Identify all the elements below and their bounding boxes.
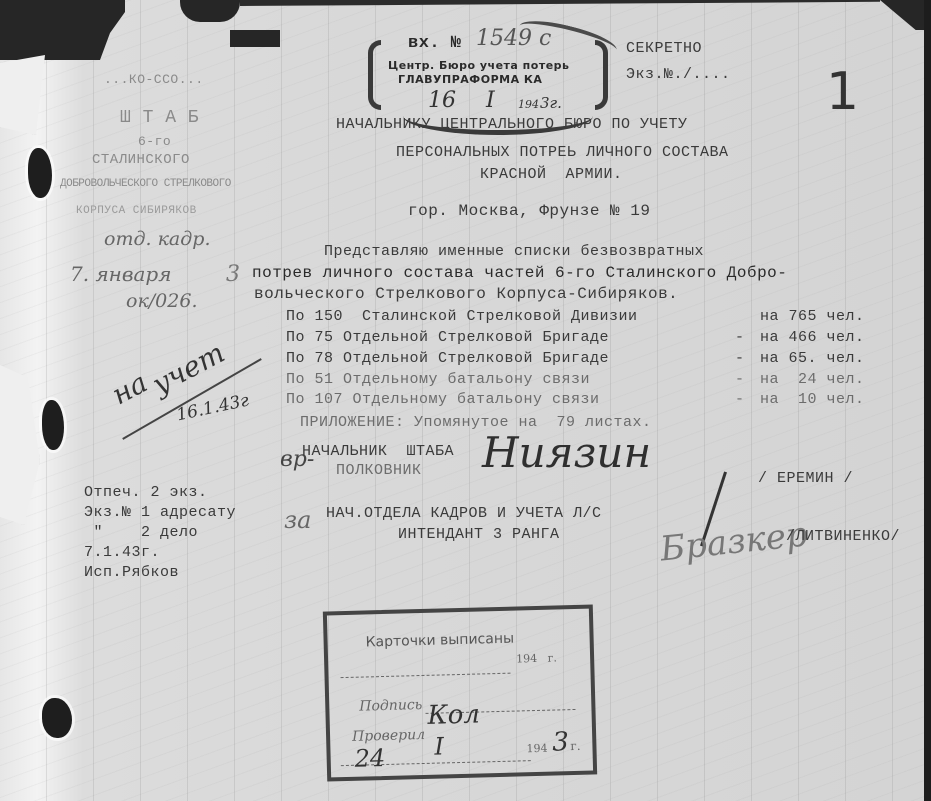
left-stamp-year-handwritten: 3	[226, 262, 240, 287]
left-stamp-line2: Ш Т А Б	[120, 108, 199, 128]
list-item-count: на 24 чел.	[760, 371, 865, 388]
left-stamp-date-handwritten: 7. января	[70, 262, 171, 286]
list-item-dash: -	[735, 350, 745, 367]
incoming-number-label: вх. №	[408, 34, 462, 53]
card-stamp-date-month: I	[434, 732, 444, 760]
list-item-dash: -	[735, 329, 745, 346]
footer-note-line2: Экз.№ 1 адресату	[84, 504, 236, 521]
list-item-count: на 65. чел.	[760, 350, 865, 367]
dept-title-line1: НАЧ.ОТДЕЛА КАДРОВ И УЧЕТА Л/С	[326, 505, 602, 522]
page-number: 1	[826, 62, 859, 122]
margin-note-date: 16.1.43г	[175, 391, 251, 426]
list-item-dash: -	[735, 371, 745, 388]
left-stamp-line6: КОРПУСА СИБИРЯКОВ	[76, 205, 197, 217]
chief-name: / ЕРЕМИН /	[758, 470, 853, 487]
torn-edge-top-left	[0, 0, 125, 60]
scanned-document: вх. № 1549 с Центр. Бюро учета потерь ГЛ…	[0, 0, 931, 801]
card-registration-stamp: Карточки выписаны 194 г. Подпись Провери…	[323, 604, 597, 781]
list-item-unit: По 150 Сталинской Стрелковой Дивизии	[286, 308, 638, 325]
footer-note-line1: Отпеч. 2 экз.	[84, 484, 208, 501]
incoming-number-value: 1549 с	[476, 26, 551, 51]
classification-label: СЕКРЕТНО	[626, 40, 702, 57]
torn-edge-top	[180, 0, 240, 22]
margin-note-line2: учет	[147, 336, 230, 401]
stamp-date-year-suffix: 3г.	[540, 94, 562, 112]
stamp-org-line2: ГЛАВУПРАФОРМА КА	[398, 73, 542, 86]
left-stamp-line3: 6-го	[138, 134, 171, 149]
dept-name: /ЛИТВИНЕНКО/	[786, 528, 900, 545]
footer-note-line4: 7.1.43г.	[84, 544, 160, 561]
dept-prefix-handwritten: за	[284, 506, 311, 534]
torn-flap-top	[0, 55, 45, 135]
copy-number: Экз.№./....	[626, 66, 731, 83]
card-stamp-year1: 194 г.	[516, 651, 557, 665]
stamp-date-month: I	[486, 88, 495, 113]
addressee-line1: НАЧАЛЬНИКУ ЦЕНТРАЛЬНОГО БЮРО ПО УЧЕТУ	[336, 116, 688, 133]
card-stamp-sign-label: Подпись	[359, 697, 422, 715]
list-item-dash: -	[735, 391, 745, 408]
torn-flap-left	[0, 365, 40, 525]
card-stamp-date-day: 24	[354, 744, 385, 773]
card-stamp-year2: 194	[526, 742, 547, 756]
left-stamp-line4: СТАЛИНСКОГО	[92, 152, 190, 168]
addressee-line2: ПЕРСОНАЛЬНЫХ ПОТРЕЬ ЛИЧНОГО СОСТАВА	[396, 144, 729, 161]
card-stamp-check-handwritten: Кол	[427, 699, 480, 730]
torn-edge-top-strip	[240, 0, 880, 6]
card-stamp-year2-handwritten: 3	[552, 727, 569, 757]
stamp-date-year-prefix: 194	[518, 98, 539, 111]
list-item-unit: По 75 Отдельной Стрелковой Бригаде	[286, 329, 609, 346]
addressee-line3: КРАСНОЙ АРМИИ.	[480, 166, 623, 183]
chief-signature: Ниязин	[482, 428, 651, 477]
list-item-unit: По 51 Отдельному батальону связи	[286, 371, 590, 388]
torn-notch	[230, 30, 280, 47]
left-stamp-line1: ...КО-ССО...	[104, 72, 204, 87]
stamp-org-line1: Центр. Бюро учета потерь	[388, 59, 570, 72]
left-stamp-ref-handwritten: ок/026.	[126, 290, 198, 312]
left-stamp-line5: ДОБРОВОЛЬЧЕСКОГО СТРЕЛКОВОГО	[60, 178, 231, 190]
list-item-count: на 466 чел.	[760, 329, 865, 346]
footer-note-line3: " 2 дело	[84, 524, 198, 541]
dept-title-line2: ИНТЕНДАНТ 3 РАНГА	[398, 526, 560, 543]
margin-note-line1: на	[106, 366, 153, 412]
binding-hole-1	[28, 148, 52, 198]
binding-hole-2	[42, 400, 64, 450]
addressee-address: гор. Москва, Фрунзе № 19	[408, 202, 650, 220]
body-intro-line2: потрев личного состава частей 6-го Стали…	[252, 264, 787, 282]
card-stamp-line1	[341, 673, 511, 678]
left-stamp-dept-handwritten: отд. кадр.	[104, 228, 211, 250]
body-intro-line3: вольческого Стрелкового Корпуса-Сибиряко…	[254, 285, 678, 303]
stamp-date-day: 16	[428, 88, 456, 113]
stamp-bracket-left	[368, 40, 381, 110]
page-edge-right	[924, 0, 931, 801]
footer-note-line5: Исп.Рябков	[84, 564, 179, 581]
card-stamp-year2-suffix: г.	[570, 739, 580, 753]
card-stamp-check-label: Проверил	[352, 727, 425, 745]
list-item-count: на 765 чел.	[760, 308, 865, 325]
body-intro-line1: Представляю именные списки безвозвратных	[324, 243, 704, 260]
chief-title-line1: НАЧАЛЬНИК ШТАБА	[302, 443, 454, 460]
chief-title-line2: ПОЛКОВНИК	[336, 462, 422, 479]
registration-stamp: вх. № 1549 с Центр. Бюро учета потерь ГЛ…	[368, 22, 608, 110]
binding-hole-3	[42, 698, 72, 738]
list-item-unit: По 107 Отдельному батальону связи	[286, 391, 600, 408]
card-stamp-title: Карточки выписаны	[365, 631, 514, 651]
list-item-count: на 10 чел.	[760, 391, 865, 408]
list-item-unit: По 78 Отдельной Стрелковой Бригаде	[286, 350, 609, 367]
